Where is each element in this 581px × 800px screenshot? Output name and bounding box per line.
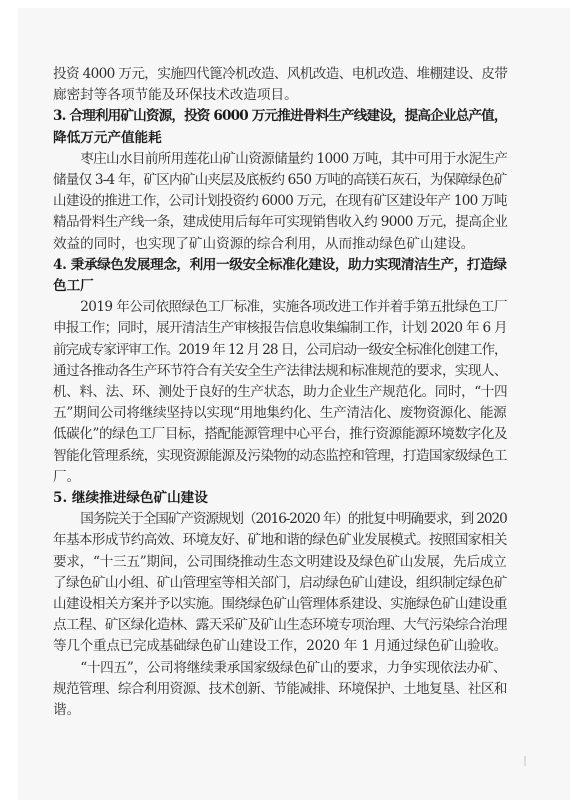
paragraph-green-mine-plan: 国务院关于全国矿产资源规划（2016-2020 年）的批复中明确要求，到 202…: [53, 509, 507, 657]
text-line: 储量仅 3-4 年，矿区内矿山夹层及底板约 650 万吨的高镁石灰石，为保障绿色…: [53, 170, 507, 191]
document-body: 投资 4000 万元，实施四代篦冷机改造、风机改造、电机改造、堆棚建设、皮带 廊…: [53, 64, 507, 721]
text-line: 谐。: [53, 700, 507, 721]
text-line: 效益的同时，也实现了矿山资源的综合利用，从而推动绿色矿山建设。: [53, 234, 507, 255]
text-line: 年基本形成节约高效、环境友好、矿地和谐的绿色矿业发展模式。按照国家相关: [53, 530, 507, 551]
heading-line: 5. 继续推进绿色矿山建设: [53, 488, 507, 509]
scan-artifact-mark: [524, 756, 526, 766]
heading-line: 色工厂: [53, 276, 507, 297]
paragraph-mine-resources: 枣庄山水目前所用莲花山矿山资源储量约 1000 万吨，其中可用于水泥生产 储量仅…: [53, 149, 507, 255]
text-line: 山建设的推进工作，公司计划投资约 6000 万元，在现有矿区建设年产 100 万…: [53, 191, 507, 212]
text-line: 山建设相关方案并予以实施。围绕绿色矿山管理体系建设、实施绿色矿山建设重: [53, 594, 507, 615]
text-line: 枣庄山水目前所用莲花山矿山资源储量约 1000 万吨，其中可用于水泥生产: [53, 149, 507, 170]
text-line: 智能化管理系统，实现资源能源及污染物的动态监控和管理，打造国家级绿色工: [53, 446, 507, 467]
text-line: 五”期间公司将继续坚持以实现“用地集约化、生产清洁化、废物资源化、能源: [53, 403, 507, 424]
text-line: 精品骨料生产线一条，建成使用后每年可实现销售收入约 9000 万元，提高企业: [53, 212, 507, 233]
text-line: 机、料、法、环、测处于良好的生产状态，助力企业生产规范化。同时，“十四: [53, 382, 507, 403]
section-heading-4: 4. 秉承绿色发展理念，利用一级安全标准化建设，助力实现清洁生产，打造绿 色工厂: [53, 255, 507, 297]
text-line: 低碳化”的绿色工厂目标，搭配能源管理中心平台，推行资源能源环境数字化及: [53, 424, 507, 445]
text-line: 前完成专家评审工作。2019 年 12 月 28 日，公司启动一级安全标准化创建…: [53, 340, 507, 361]
text-line: 廊密封等各项节能及环保技术改造项目。: [53, 85, 507, 106]
section-heading-5: 5. 继续推进绿色矿山建设: [53, 488, 507, 509]
text-line: 了绿色矿山小组、矿山管理室等相关部门，启动绿色矿山建设，组织制定绿色矿: [53, 573, 507, 594]
paragraph-green-factory: 2019 年公司依照绿色工厂标准，实施各项改进工作并着手第五批绿色工厂 申报工作…: [53, 297, 507, 488]
text-line: 投资 4000 万元，实施四代篦冷机改造、风机改造、电机改造、堆棚建设、皮带: [53, 64, 507, 85]
paragraph-14th-five-year: “十四五”，公司将继续秉承国家级绿色矿山的要求，力争实现依法办矿、 规范管理、综…: [53, 658, 507, 722]
heading-line: 4. 秉承绿色发展理念，利用一级安全标准化建设，助力实现清洁生产，打造绿: [53, 255, 507, 276]
heading-line: 降低万元产值能耗: [53, 128, 507, 149]
text-line: “十四五”，公司将继续秉承国家级绿色矿山的要求，力争实现依法办矿、: [53, 658, 507, 679]
text-line: 规范管理、综合利用资源、技术创新、节能减排、环境保护、土地复垦、社区和: [53, 679, 507, 700]
text-line: 厂。: [53, 467, 507, 488]
text-line: 等几个重点已完成基础绿色矿山建设工作，2020 年 1 月通过绿色矿山验收。: [53, 636, 507, 657]
text-line: 2019 年公司依照绿色工厂标准，实施各项改进工作并着手第五批绿色工厂: [53, 297, 507, 318]
text-line: 申报工作；同时，展开清洁生产审核报告信息收集编制工作，计划 2020 年 6 月: [53, 318, 507, 339]
text-line: 要求，“十三五”期间，公司围绕推动生态文明建设及绿色矿山发展，先后成立: [53, 552, 507, 573]
heading-line: 3. 合理利用矿山资源，投资 6000 万元推进骨料生产线建设，提高企业总产值，: [53, 106, 507, 127]
text-line: 国务院关于全国矿产资源规划（2016-2020 年）的批复中明确要求，到 202…: [53, 509, 507, 530]
text-line: 通过各推动各生产环节符合有关安全生产法律法规和标准规范的要求，实现人、: [53, 361, 507, 382]
section-heading-3: 3. 合理利用矿山资源，投资 6000 万元推进骨料生产线建设，提高企业总产值，…: [53, 106, 507, 148]
paragraph-investment-continuation: 投资 4000 万元，实施四代篦冷机改造、风机改造、电机改造、堆棚建设、皮带 廊…: [53, 64, 507, 106]
text-line: 点工程、矿区绿化造林、露天采矿及矿山生态环境专项治理、大气污染综合治理: [53, 615, 507, 636]
